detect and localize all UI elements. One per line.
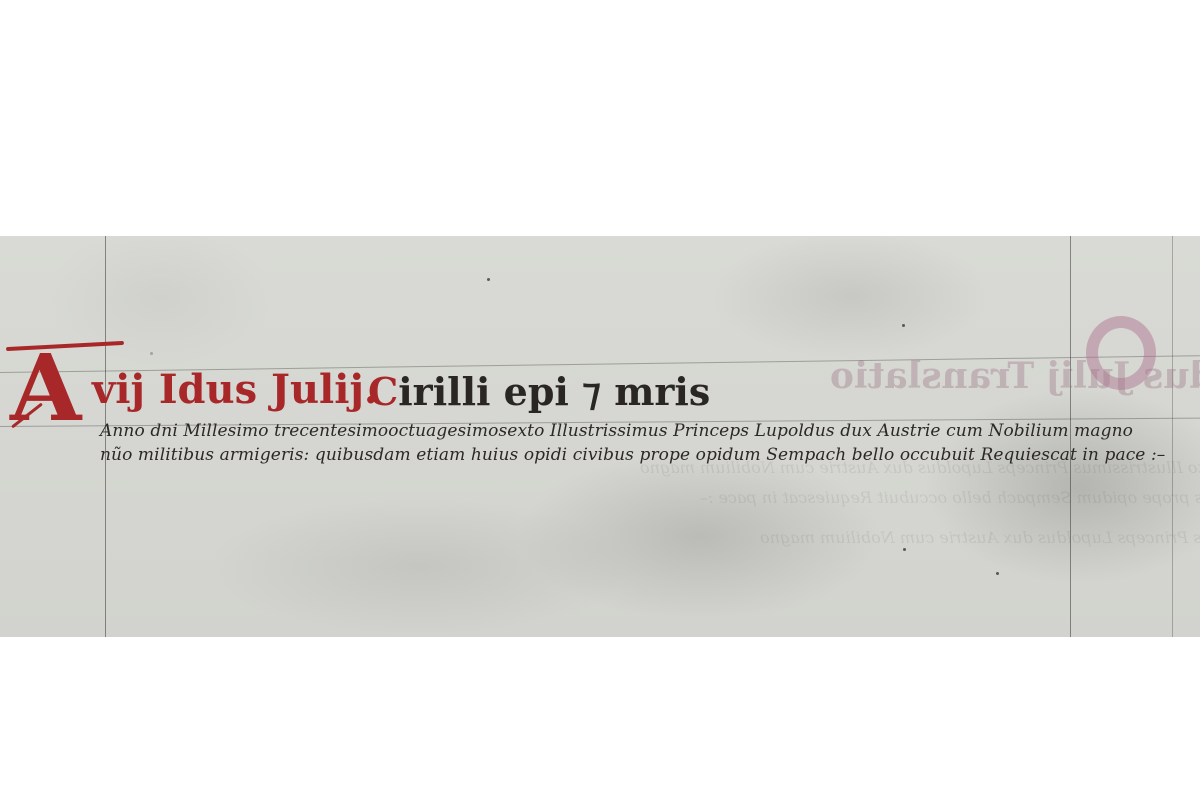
rubric-date: vij Idus Julij. [92,366,378,414]
ink-speck [902,324,905,327]
ink-speck [903,548,906,551]
show-through-initial-o [1086,316,1156,390]
entry-text-line-2: nũo militibus armigeris: quibusdam etia… [100,444,1165,466]
saint-commemoration: Cirilli epi ⁊ mris [368,368,710,416]
show-through-faint-line: nũo militibus armigeris: quibusdam etia… [700,486,1200,510]
margin-ruling-outer [1172,236,1173,637]
show-through-faint-line: Anno dni Millesimo trecentesimooctuagesi… [760,526,1200,550]
entry-text-line-1: Anno dni Millesimo trecentesimooctuagesi… [100,420,1133,442]
saint-initial-letter: C [368,369,398,414]
ink-speck [150,352,153,355]
saint-name-text: irilli epi ⁊ mris [398,369,710,414]
ink-speck [996,572,999,575]
ink-speck [487,278,490,281]
manuscript-page: Idus Julij Translatio Anno dni Millesimo… [0,236,1200,637]
